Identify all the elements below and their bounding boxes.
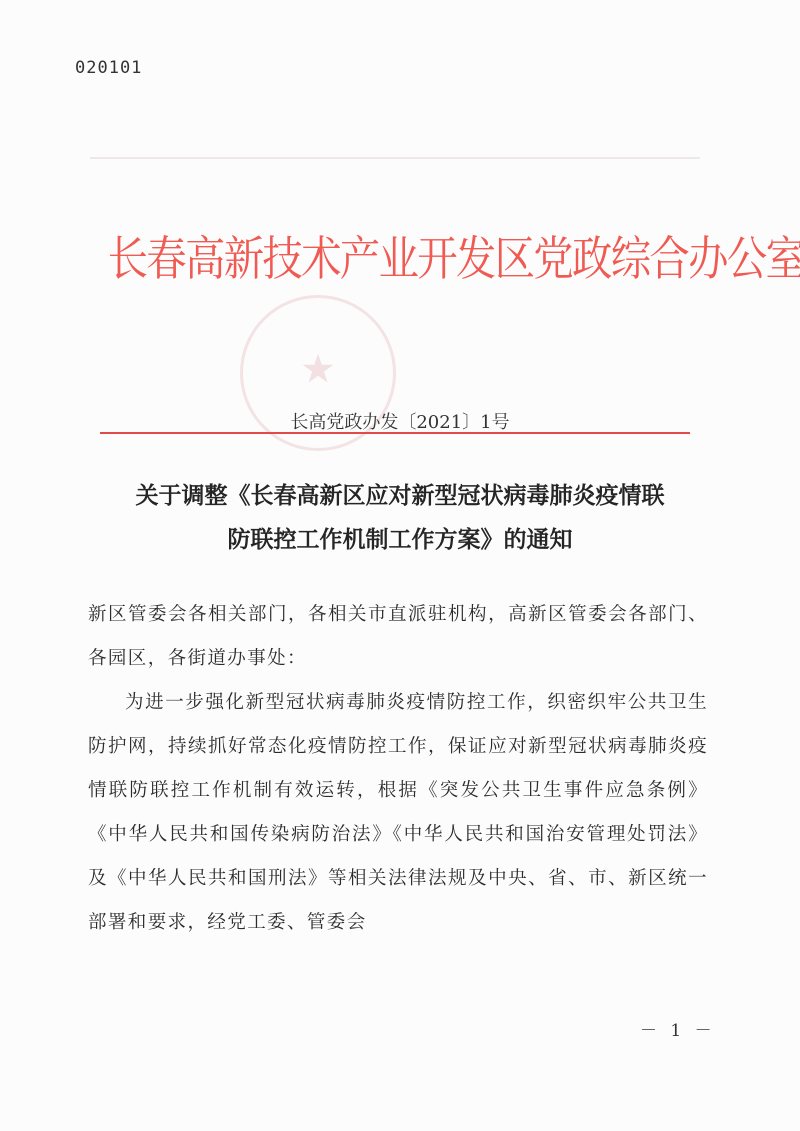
- subject-line-1: 关于调整《长春高新区应对新型冠状病毒肺炎疫情联: [60, 474, 740, 518]
- document-body: 新区管委会各相关部门，各相关市直派驻机构，高新区管委会各部门、各园区，各街道办事…: [88, 593, 708, 945]
- scan-artifact-line: [90, 157, 700, 159]
- star-icon: ★: [300, 346, 336, 392]
- addressee: 新区管委会各相关部门，各相关市直派驻机构，高新区管委会各部门、各园区，各街道办事…: [88, 593, 708, 681]
- page-number: － 1 －: [640, 1016, 716, 1041]
- body-paragraph: 为进一步强化新型冠状病毒肺炎疫情防控工作，织密织牢公共卫生防护网，持续抓好常态化…: [88, 681, 708, 945]
- serial-number: 020101: [75, 58, 142, 78]
- document-number: 长高党政办发〔2021〕1号: [80, 408, 720, 434]
- subject-line-2: 防联控工作机制工作方案》的通知: [60, 518, 740, 562]
- red-divider: [100, 432, 690, 434]
- issuer-header: 长春高新技术产业开发区党政综合办公室文件: [108, 222, 693, 289]
- document-subject: 关于调整《长春高新区应对新型冠状病毒肺炎疫情联 防联控工作机制工作方案》的通知: [60, 474, 740, 562]
